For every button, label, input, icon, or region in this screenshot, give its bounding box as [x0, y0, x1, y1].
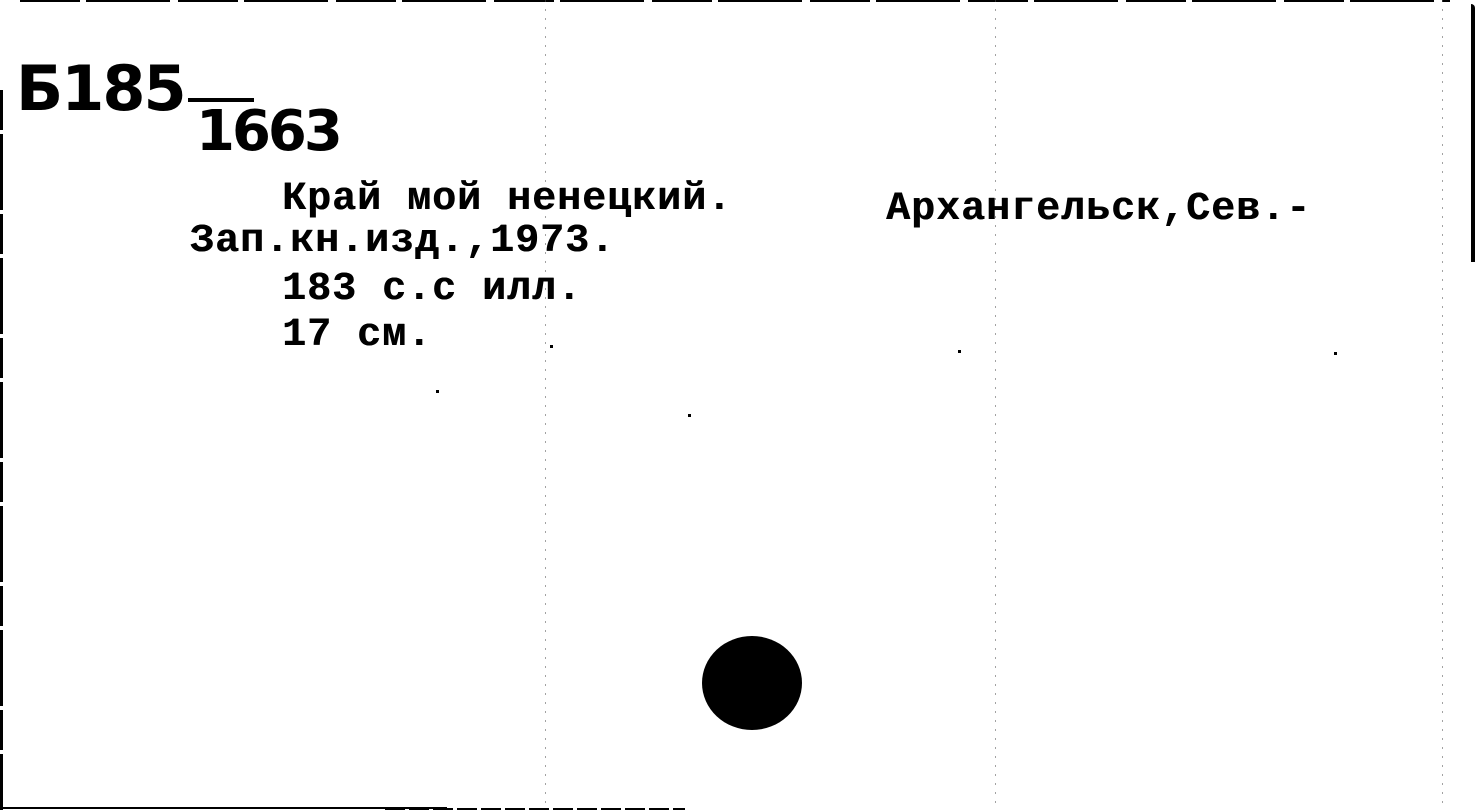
scan-artifact-line [995, 0, 996, 810]
record-publisher: Зап.кн.изд.,1973. [190, 222, 615, 262]
record-pages: 183 с.с илл. [282, 270, 582, 310]
scan-artifact-line [1442, 0, 1443, 810]
scan-speck [550, 345, 553, 348]
record-place: Архангельск,Сев.- [886, 190, 1311, 230]
record-size: 17 см. [282, 316, 432, 356]
call-number-primary: Б185 [16, 58, 185, 120]
card-top-edge [20, 0, 1450, 2]
call-number-secondary: 1663 [196, 104, 340, 160]
record-title: Край мой ненецкий. [282, 180, 732, 220]
scan-speck [688, 414, 691, 417]
catalog-card: Б185 1663 Край мой ненецкий. Архангельск… [0, 0, 1477, 810]
card-right-edge [1471, 4, 1475, 262]
punch-hole [702, 636, 802, 730]
scan-artifact-line [545, 0, 546, 810]
scan-speck [1334, 352, 1337, 355]
card-left-edge [0, 90, 3, 810]
scan-speck [958, 350, 961, 353]
scan-speck [436, 390, 439, 393]
card-bottom-edge [0, 807, 447, 809]
